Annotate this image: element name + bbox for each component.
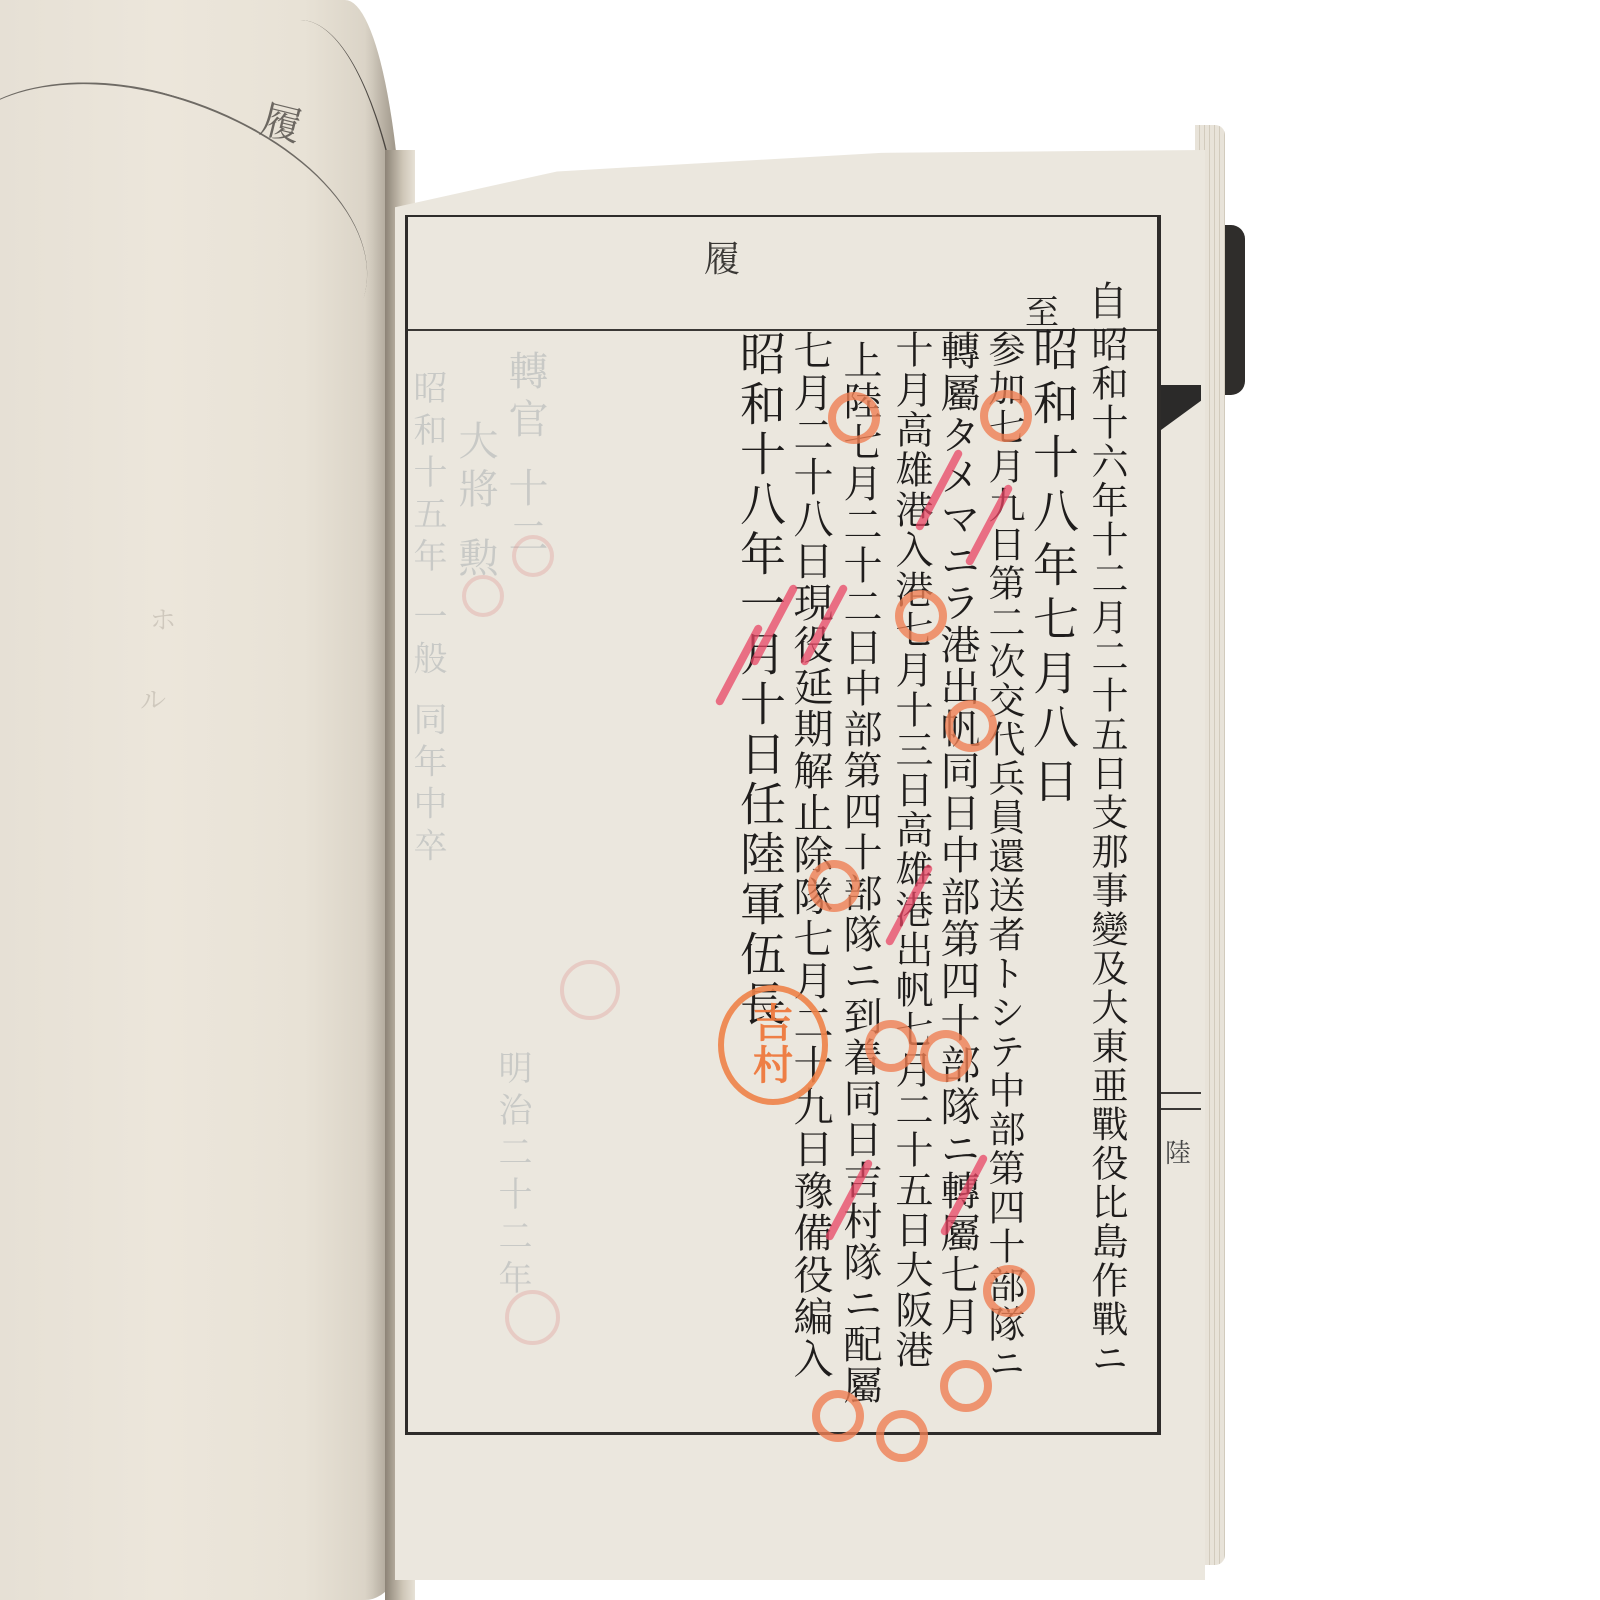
verification-ring	[945, 700, 997, 752]
binding-clip	[1225, 225, 1245, 395]
entry-column-5: 十月高雄港入港七月十三日高雄港出帆七月二十五日大阪港	[892, 330, 930, 1370]
left-page-faint-mark: ル	[140, 680, 166, 717]
verification-ring	[920, 1030, 972, 1082]
entry-column-1: 昭和十六年十二月二十五日支那事變及大東亜戰役比島作戰ニ	[1088, 325, 1125, 1378]
name-seal-char: 村	[753, 1045, 793, 1087]
side-rule	[1161, 1108, 1201, 1110]
verification-ring	[812, 1390, 864, 1442]
from-label: 自	[1088, 270, 1128, 327]
verification-ring	[808, 860, 860, 912]
book-photo: 履 ホ ル 轉官 十二 大將 勲 昭和十五年 一般 同年中卒 明治二十二年 履 …	[0, 0, 1600, 1600]
entry-column-2: 昭和十八年七月八日	[1030, 325, 1076, 811]
verification-ring	[940, 1360, 992, 1412]
left-page-faint-mark: ホ	[150, 600, 176, 637]
entry-column-8: 昭和十八年一月十日任陸軍伍長	[737, 330, 783, 1030]
left-page: 履 ホ ル	[0, 0, 405, 1600]
verification-ring	[980, 390, 1032, 442]
verification-ring	[895, 590, 947, 642]
record-header-title: 履	[704, 231, 740, 282]
verification-ring	[876, 1410, 928, 1462]
verification-ring	[983, 1265, 1035, 1317]
verification-ring	[865, 1020, 917, 1072]
name-seal-stamp: 吉 村	[718, 985, 828, 1105]
side-column-char: 陸	[1165, 1133, 1191, 1170]
verification-ring	[828, 392, 880, 444]
name-seal-char: 吉	[753, 1003, 793, 1045]
entry-column-7: 七月二十八日現役延期解止除隊七月二十九日豫備役編入	[790, 330, 830, 1380]
side-rule	[1161, 1092, 1201, 1094]
